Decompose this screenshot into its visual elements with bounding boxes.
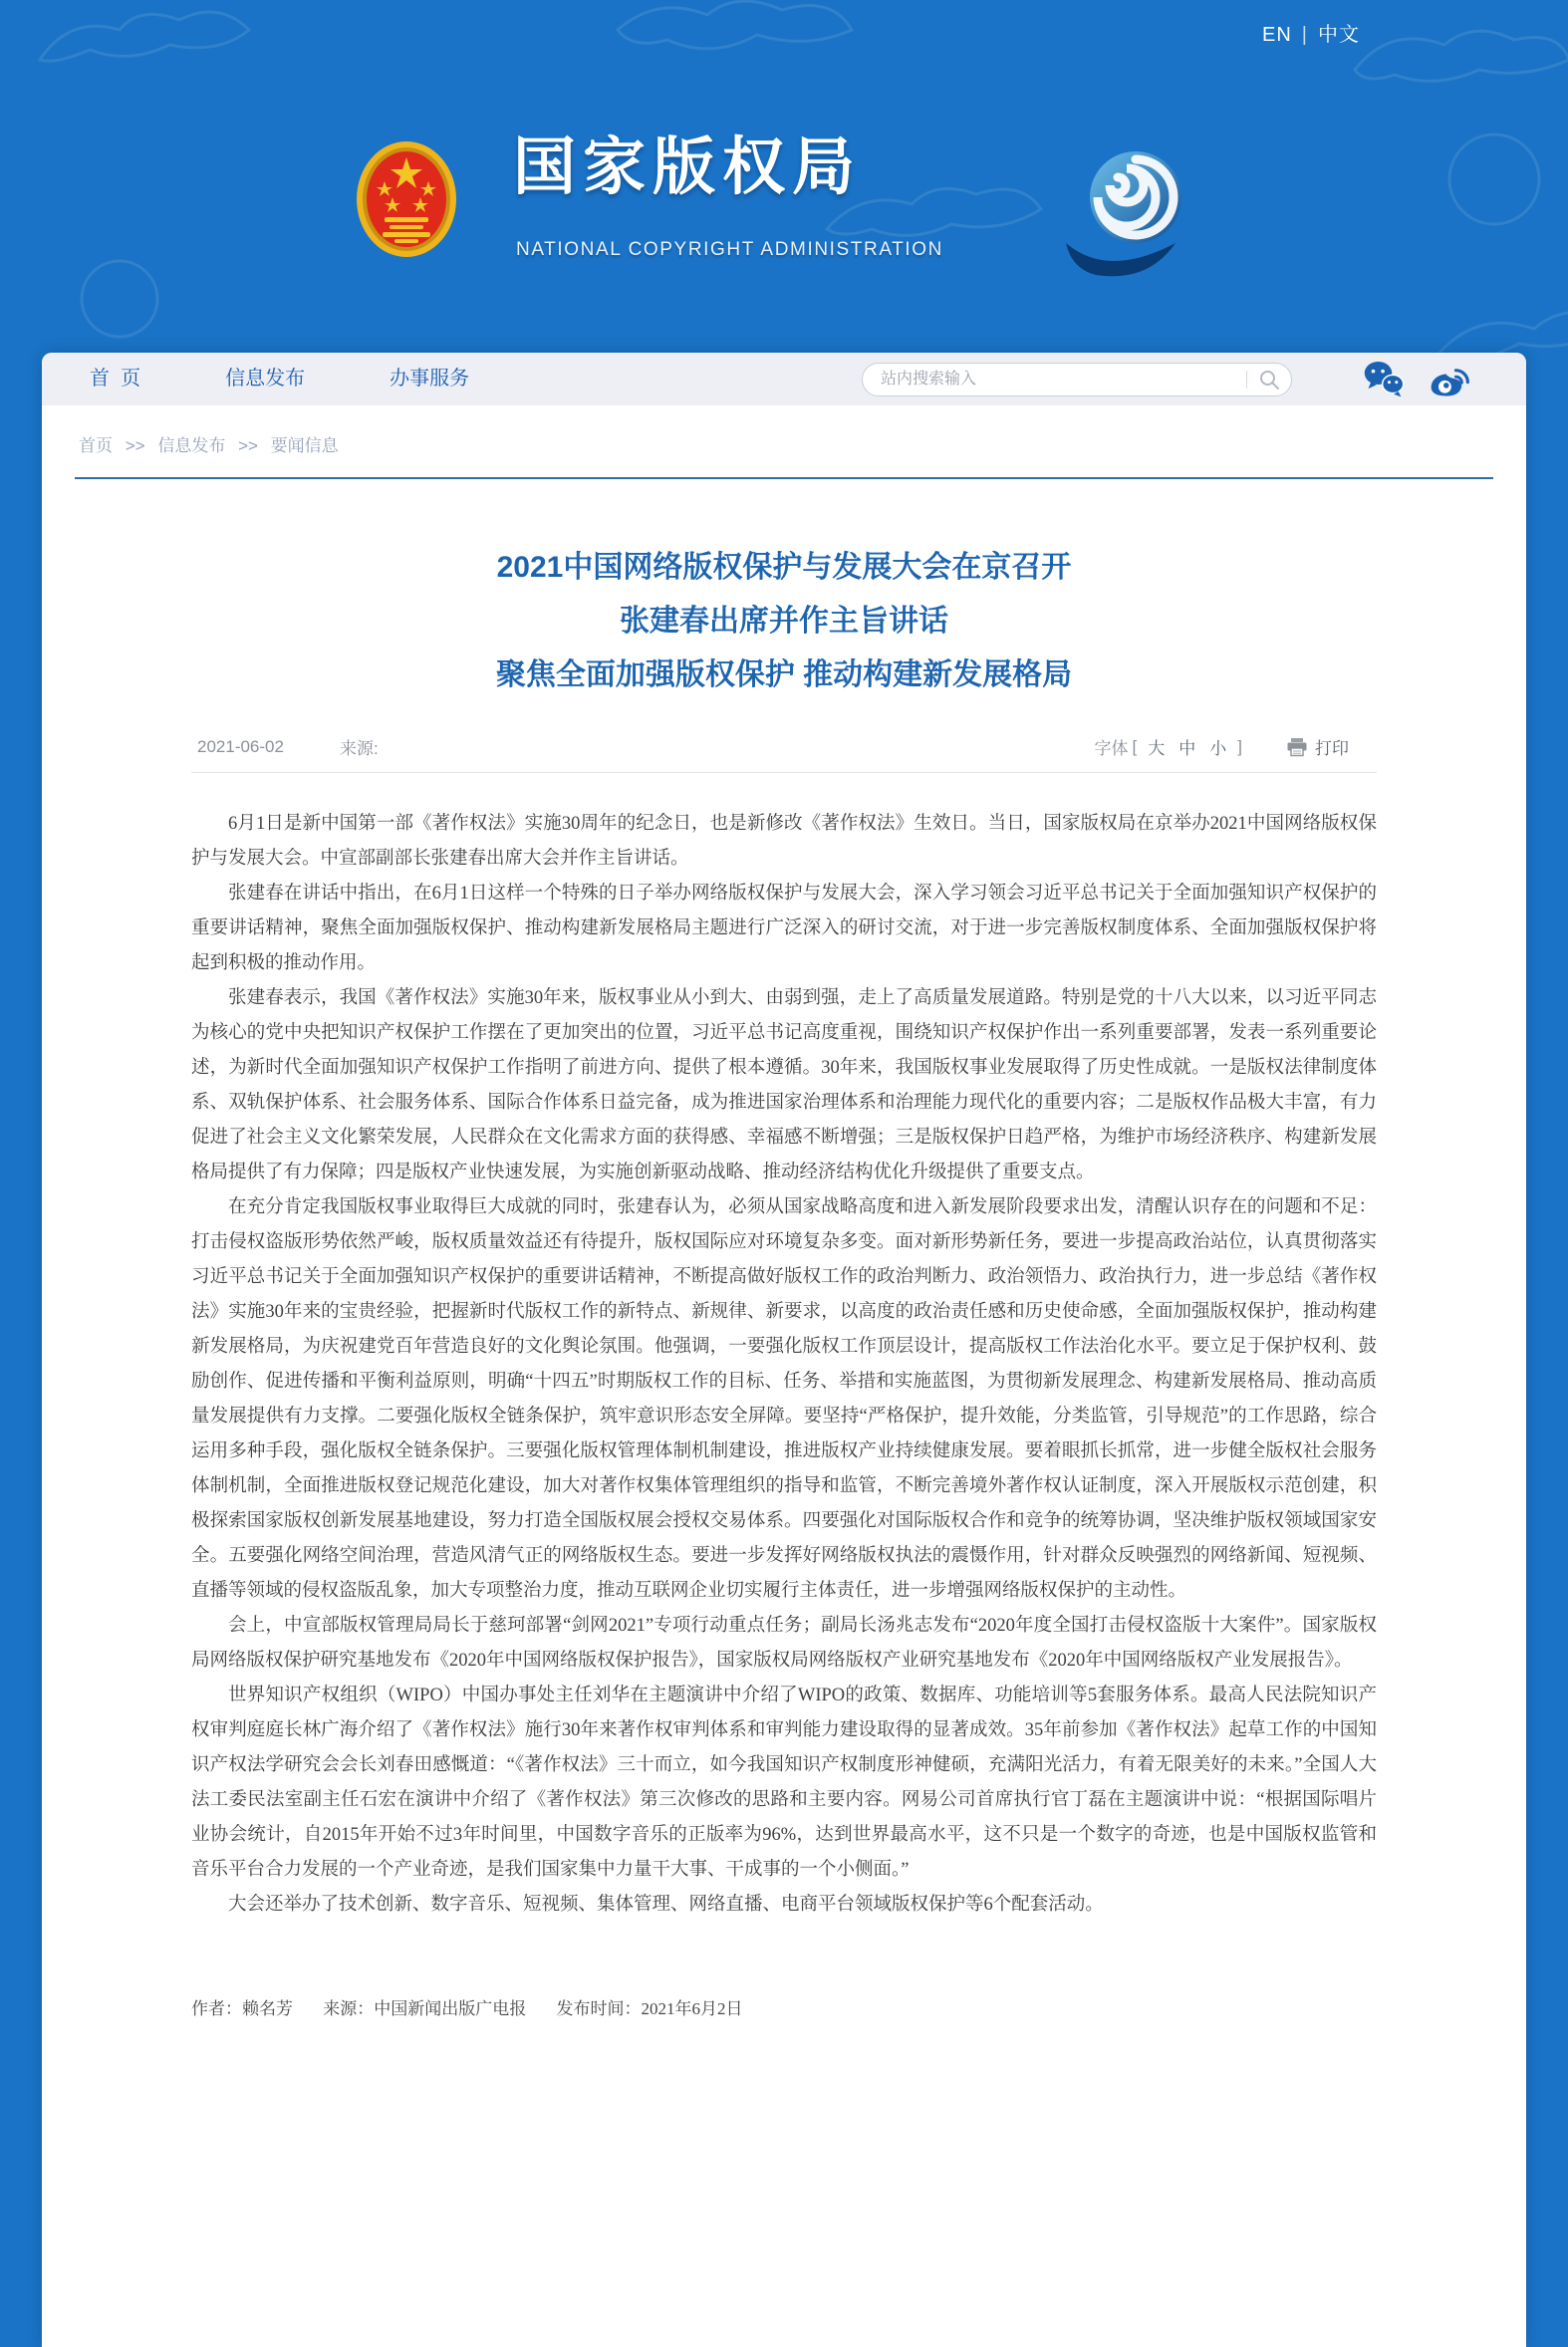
site-subtitle: NATIONAL COPYRIGHT ADMINISTRATION	[516, 239, 943, 261]
meta-divider	[191, 772, 1377, 773]
article-title: 2021中国网络版权保护与发展大会在京召开 张建春出席并作主旨讲话 聚焦全面加强…	[191, 541, 1377, 702]
social-links	[1362, 359, 1471, 398]
nav-item-services[interactable]: 办事服务	[390, 353, 469, 405]
paragraph: 会上，中宣部版权管理局局长于慈珂部署“剑网2021”专项行动重点任务；副局长汤兆…	[191, 1609, 1377, 1679]
breadcrumb-home[interactable]: 首页	[79, 436, 113, 455]
source-label: 来源:	[340, 734, 379, 759]
wechat-icon[interactable]	[1362, 359, 1406, 398]
nav-item-news[interactable]: 信息发布	[225, 353, 305, 405]
paragraph: 张建春表示，我国《著作权法》实施30年来，版权事业从小到大、由弱到强，走上了高质…	[191, 981, 1377, 1190]
breadcrumb-news[interactable]: 信息发布	[157, 436, 225, 455]
article-meta: 2021-06-02 来源: 字体 [ 大 中 小 ]	[191, 734, 1377, 759]
breadcrumb-separator: >>	[238, 436, 258, 455]
publish-date: 2021-06-02	[197, 737, 284, 757]
font-size-label: 字体	[1095, 734, 1129, 759]
font-bracket-close: ]	[1237, 737, 1242, 757]
article: 2021中国网络版权保护与发展大会在京召开 张建春出席并作主旨讲话 聚焦全面加强…	[191, 541, 1377, 2019]
article-body: 6月1日是新中国第一部《著作权法》实施30周年的纪念日，也是新修改《著作权法》生…	[191, 807, 1377, 1923]
content-card: 首 页 信息发布 办事服务	[42, 353, 1526, 2347]
article-title-line3: 聚焦全面加强版权保护 推动构建新发展格局	[191, 649, 1377, 702]
source-credit: 来源：中国新闻出版广电报	[323, 1999, 526, 2018]
weibo-icon[interactable]	[1428, 359, 1471, 398]
printer-icon	[1286, 737, 1308, 757]
article-footer: 作者：赖名芳 来源：中国新闻出版广电报 发布时间：2021年6月2日	[191, 1994, 1377, 2019]
article-title-line2: 张建春出席并作主旨讲话	[191, 595, 1377, 649]
font-size-medium-button[interactable]: 中	[1178, 734, 1195, 759]
search-icon	[1258, 369, 1280, 391]
article-title-line1: 2021中国网络版权保护与发展大会在京召开	[191, 541, 1377, 595]
author-credit: 作者：赖名芳	[191, 1999, 293, 2018]
breadcrumb: 首页 >> 信息发布 >> 要闻信息	[75, 405, 1493, 479]
page: EN|中文 国家版权局 NATIONAL COPYRIGHT ADMINISTR…	[0, 0, 1568, 2347]
print-label: 打印	[1315, 734, 1349, 759]
paragraph: 大会还举办了技术创新、数字音乐、短视频、集体管理、网络直播、电商平台领域版权保护…	[191, 1888, 1377, 1923]
paragraph: 张建春在讲话中指出，在6月1日这样一个特殊的日子举办网络版权保护与发展大会，深入…	[191, 877, 1377, 981]
breadcrumb-current: 要闻信息	[271, 436, 339, 455]
publish-time: 发布时间：2021年6月2日	[557, 1999, 743, 2018]
site-header: 国家版权局 NATIONAL COPYRIGHT ADMINISTRATION	[0, 0, 1568, 353]
paragraph: 6月1日是新中国第一部《著作权法》实施30周年的纪念日，也是新修改《著作权法》生…	[191, 807, 1377, 877]
search-input[interactable]	[863, 370, 1246, 390]
paragraph: 世界知识产权组织（WIPO）中国办事处主任刘华在主题演讲中介绍了WIPO的政策、…	[191, 1679, 1377, 1888]
site-title: 国家版权局	[513, 131, 862, 203]
national-emblem-icon	[355, 139, 458, 259]
font-size-large-button[interactable]: 大	[1148, 734, 1165, 759]
copyright-swirl-logo-icon	[1048, 131, 1203, 287]
font-size-small-button[interactable]: 小	[1209, 734, 1226, 759]
search-button[interactable]	[1247, 364, 1291, 395]
font-bracket-open: [	[1133, 737, 1138, 757]
print-button[interactable]: 打印	[1286, 734, 1349, 759]
paragraph: 在充分肯定我国版权事业取得巨大成就的同时，张建春认为，必须从国家战略高度和进入新…	[191, 1190, 1377, 1609]
main-nav: 首 页 信息发布 办事服务	[42, 353, 1526, 405]
site-search	[862, 363, 1292, 396]
nav-item-home[interactable]: 首 页	[90, 353, 140, 405]
breadcrumb-separator: >>	[126, 436, 145, 455]
